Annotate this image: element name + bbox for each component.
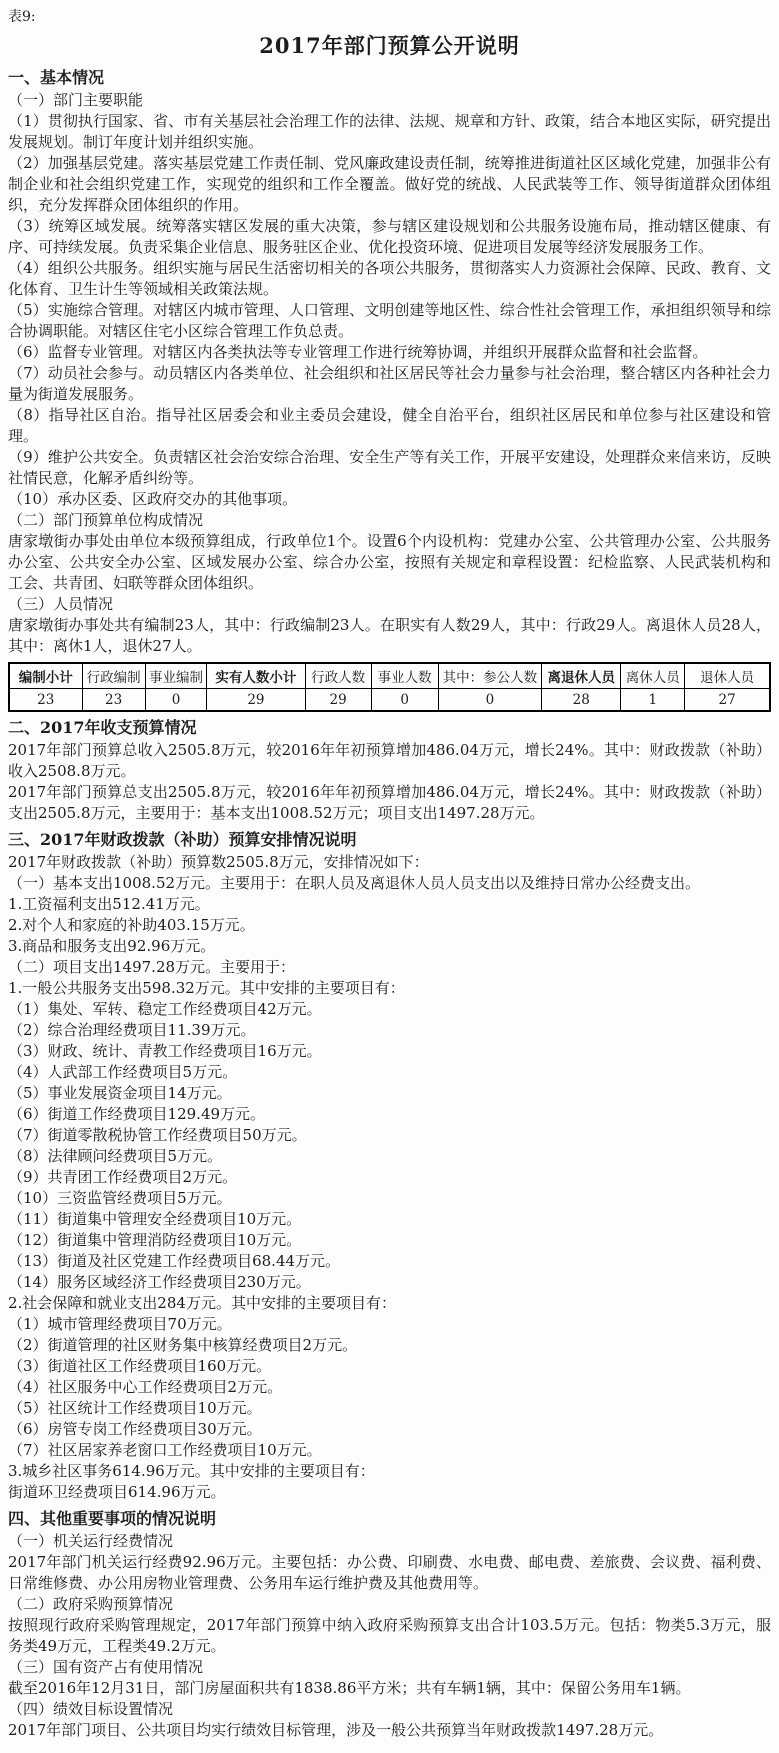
staff-table-header: 事业人数 [371, 663, 438, 689]
paragraph: 3.城乡社区事务614.96万元。其中安排的主要项目有： [8, 1461, 771, 1482]
paragraph: （三）人员情况 [8, 594, 771, 615]
paragraph: （6）街道工作经费项目129.49万元。 [8, 1104, 771, 1125]
content-before-table: 一、基本情况（一）部门主要职能（1）贯彻执行国家、省、市有关基层社会治理工作的法… [8, 67, 771, 657]
paragraph: 2.对个人和家庭的补助403.15万元。 [8, 915, 771, 936]
table-number-label: 表9: [8, 7, 771, 27]
staff-table-header: 离休人员 [621, 663, 685, 689]
paragraph: 1.工资福利支出512.41万元。 [8, 894, 771, 915]
staff-table-header: 行政人数 [305, 663, 371, 689]
paragraph: 2017年部门项目、公共项目均实行绩效目标管理，涉及一般公共预算当年财政拨款14… [8, 1720, 771, 1741]
content-after-table: 二、2017年收支预算情况2017年部门预算总收入2505.8万元，较2016年… [8, 717, 771, 1741]
paragraph: （5）社区统计工作经费项目10万元。 [8, 1398, 771, 1419]
paragraph: 截至2016年12月31日，部门房屋面积共有1838.86平方米；共有车辆1辆，… [8, 1678, 771, 1699]
paragraph: （12）街道集中管理消防经费项目10万元。 [8, 1230, 771, 1251]
staff-table: 编制小计 行政编制 事业编制 实有人数小计 行政人数 事业人数 其中：参公人数 … [8, 662, 771, 712]
paragraph: （二）部门预算单位构成情况 [8, 510, 771, 531]
staff-table-header: 编制小计 [9, 663, 82, 689]
paragraph: 3.商品和服务支出92.96万元。 [8, 936, 771, 957]
paragraph: （1）集处、军转、稳定工作经费项目42万元。 [8, 999, 771, 1020]
paragraph: （三）国有资产占有使用情况 [8, 1657, 771, 1678]
staff-table-value: 1 [621, 689, 685, 712]
paragraph: （3）统筹区域发展。统筹落实辖区发展的重大决策，参与辖区建设规划和公共服务设施布… [8, 216, 771, 258]
paragraph: 2.社会保障和就业支出284万元。其中安排的主要项目有： [8, 1293, 771, 1314]
staff-table-value: 29 [207, 689, 305, 712]
paragraph: （8）法律顾问经费项目5万元。 [8, 1146, 771, 1167]
staff-table-header: 退休人员 [685, 663, 770, 689]
paragraph: （9）维护公共安全。负责辖区社会治安综合治理、安全生产等有关工作，开展平安建设，… [8, 447, 771, 489]
paragraph: （11）街道集中管理安全经费项目10万元。 [8, 1209, 771, 1230]
section-heading: 二、2017年收支预算情况 [8, 717, 771, 738]
page-title: 2017年部门预算公开说明 [8, 30, 771, 60]
staff-table-header: 事业编制 [145, 663, 207, 689]
staff-table-value: 0 [145, 689, 207, 712]
paragraph: 唐家墩街办事处共有编制23人，其中：行政编制23人。在职实有人数29人，其中：行… [8, 615, 771, 657]
paragraph: （7）社区居家养老窗口工作经费项目10万元。 [8, 1440, 771, 1461]
paragraph: （1）城市管理经费项目70万元。 [8, 1314, 771, 1335]
section-heading: 三、2017年财政拨款（补助）预算安排情况说明 [8, 829, 771, 850]
section-heading: 四、其他重要事项的情况说明 [8, 1508, 771, 1529]
paragraph: （二）政府采购预算情况 [8, 1594, 771, 1615]
staff-table-value: 23 [82, 689, 145, 712]
paragraph: （一）机关运行经费情况 [8, 1531, 771, 1552]
paragraph: （4）组织公共服务。组织实施与居民生活密切相关的各项公共服务，贯彻落实人力资源社… [8, 258, 771, 300]
paragraph: 2017年部门预算总收入2505.8万元，较2016年年初预算增加486.04万… [8, 740, 771, 782]
paragraph: （9）共青团工作经费项目2万元。 [8, 1167, 771, 1188]
staff-table-value: 29 [305, 689, 371, 712]
paragraph: （一）基本支出1008.52万元。主要用于：在职人员及离退休人员人员支出以及维持… [8, 873, 771, 894]
paragraph: （2）综合治理经费项目11.39万元。 [8, 1020, 771, 1041]
paragraph: 街道环卫经费项目614.96万元。 [8, 1482, 771, 1503]
paragraph: （7）街道零散税协管工作经费项目50万元。 [8, 1125, 771, 1146]
paragraph: （二）项目支出1497.28万元。主要用于： [8, 957, 771, 978]
paragraph: 唐家墩街办事处由单位本级预算组成，行政单位1个。设置6个内设机构：党建办公室、公… [8, 531, 771, 594]
staff-table-value-row: 23 23 0 29 29 0 0 28 1 27 [9, 689, 770, 712]
staff-table-header: 其中：参公人数 [438, 663, 541, 689]
staff-table-value: 28 [542, 689, 621, 712]
paragraph: 2017年部门机关运行经费92.96万元。主要包括：办公费、印刷费、水电费、邮电… [8, 1552, 771, 1594]
staff-table-header: 实有人数小计 [207, 663, 305, 689]
paragraph: 2017年部门预算总支出2505.8万元，较2016年年初预算增加486.04万… [8, 782, 771, 824]
section-heading: 一、基本情况 [8, 67, 771, 88]
paragraph: （5）事业发展资金项目14万元。 [8, 1083, 771, 1104]
paragraph: （7）动员社会参与。动员辖区内各类单位、社会组织和社区居民等社会力量参与社会治理… [8, 363, 771, 405]
paragraph: （8）指导社区自治。指导社区居委会和业主委员会建设，健全自治平台，组织社区居民和… [8, 405, 771, 447]
staff-table-value: 23 [9, 689, 82, 712]
paragraph: （2）加强基层党建。落实基层党建工作责任制、党风廉政建设责任制，统筹推进街道社区… [8, 153, 771, 216]
staff-table-value: 27 [685, 689, 770, 712]
paragraph: （6）监督专业管理。对辖区内各类执法等专业管理工作进行统筹协调，并组织开展群众监… [8, 342, 771, 363]
staff-table-header: 行政编制 [82, 663, 145, 689]
paragraph: （3）街道社区工作经费项目160万元。 [8, 1356, 771, 1377]
staff-table-header-row: 编制小计 行政编制 事业编制 实有人数小计 行政人数 事业人数 其中：参公人数 … [9, 663, 770, 689]
staff-table-header: 离退休人员 [542, 663, 621, 689]
paragraph: （10）承办区委、区政府交办的其他事项。 [8, 489, 771, 510]
budget-document: 表9: 2017年部门预算公开说明 一、基本情况（一）部门主要职能（1）贯彻执行… [0, 0, 779, 1753]
paragraph: （10）三资监管经费项目5万元。 [8, 1188, 771, 1209]
paragraph: （5）实施综合管理。对辖区内城市管理、人口管理、文明创建等地区性、综合性社会管理… [8, 300, 771, 342]
paragraph: 按照现行政府采购管理规定，2017年部门预算中纳入政府采购预算支出合计103.5… [8, 1615, 771, 1657]
paragraph: （14）服务区域经济工作经费项目230万元。 [8, 1272, 771, 1293]
paragraph: （四）绩效目标设置情况 [8, 1699, 771, 1720]
staff-table-value: 0 [371, 689, 438, 712]
paragraph: （4）社区服务中心工作经费项目2万元。 [8, 1377, 771, 1398]
paragraph: （一）部门主要职能 [8, 90, 771, 111]
paragraph: （6）房管专岗工作经费项目30万元。 [8, 1419, 771, 1440]
paragraph: 1.一般公共服务支出598.32万元。其中安排的主要项目有： [8, 978, 771, 999]
staff-table-value: 0 [438, 689, 541, 712]
paragraph: （1）贯彻执行国家、省、市有关基层社会治理工作的法律、法规、规章和方针、政策，结… [8, 111, 771, 153]
paragraph: （13）街道及社区党建工作经费项目68.44万元。 [8, 1251, 771, 1272]
paragraph: （4）人武部工作经费项目5万元。 [8, 1062, 771, 1083]
paragraph: （3）财政、统计、青教工作经费项目16万元。 [8, 1041, 771, 1062]
paragraph: （2）街道管理的社区财务集中核算经费项目2万元。 [8, 1335, 771, 1356]
paragraph: 2017年财政拨款（补助）预算数2505.8万元，安排情况如下： [8, 852, 771, 873]
